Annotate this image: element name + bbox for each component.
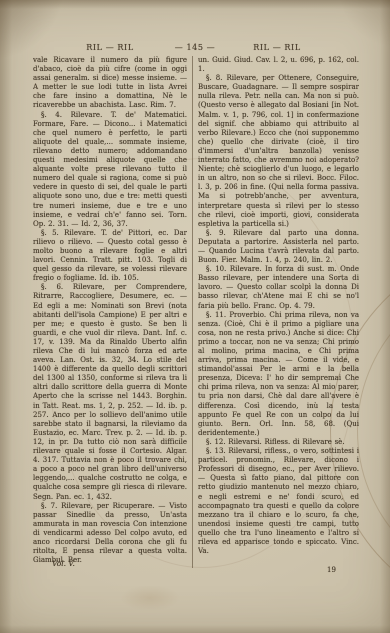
book-page: RIL — RIL — 145 — RIL — RIL vale Ricavar… bbox=[0, 0, 390, 633]
paragraph-section-11: §. 11. Proverbio. Chi prima rileva, non … bbox=[198, 311, 359, 438]
paragraph-section-12: §. 12. Rilevarsi. Rifless. di Rilevare s… bbox=[198, 438, 359, 447]
left-column: vale Ricavare il numero da più figure d'… bbox=[33, 56, 187, 568]
paragraph-section-13: §. 13. Rilevarsi, rifless., o vero, sott… bbox=[198, 447, 359, 556]
right-column: un. Guid. Giud. Cav. l. 2, u. 696, p. 16… bbox=[198, 56, 359, 568]
volume-label: Vol. V. bbox=[52, 559, 75, 568]
paragraph-continuation: vale Ricavare il numero da più figure d'… bbox=[33, 56, 187, 111]
header-right-keyword: RIL — RIL bbox=[197, 43, 357, 52]
paragraph-section-8: §. 8. Rilevare, per Ottenere, Conseguire… bbox=[198, 74, 359, 229]
paragraph-continuation: un. Guid. Giud. Cav. l. 2, u. 696, p. 16… bbox=[198, 56, 359, 74]
paragraph-section-4: §. 4. Rilevare. T. de' Matematici. Forma… bbox=[33, 111, 187, 229]
stain-spot bbox=[120, 585, 180, 611]
paragraph-section-9: §. 9. Rilevare dal parto una donna. Depu… bbox=[198, 229, 359, 265]
text-block: vale Ricavare il numero da più figure d'… bbox=[33, 56, 359, 568]
paragraph-section-7: §. 7. Rilevare, per Ricuperare. — Visto … bbox=[33, 502, 187, 566]
paragraph-section-10: §. 10. Rilevare. In forza di sust. m. On… bbox=[198, 265, 359, 310]
paragraph-section-6: §. 6. Rilevare, per Comprendere, Ritrarr… bbox=[33, 283, 187, 501]
running-header: RIL — RIL — 145 — RIL — RIL bbox=[33, 43, 357, 53]
paragraph-section-5: §. 5. Rilevare. T. de' Pittori, ec. Dar … bbox=[33, 229, 187, 284]
stain-ring-inner bbox=[357, 272, 390, 590]
signature-number: 19 bbox=[327, 566, 336, 574]
